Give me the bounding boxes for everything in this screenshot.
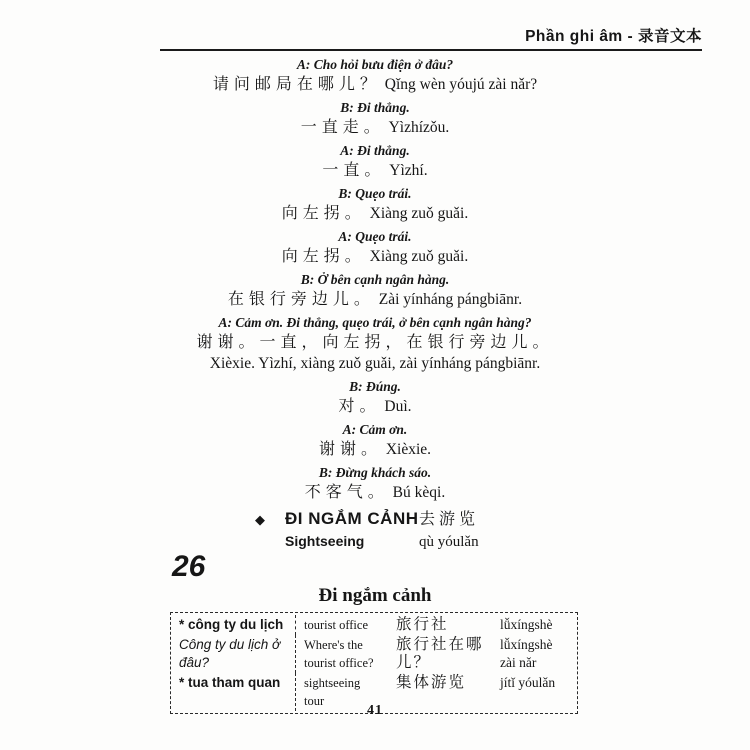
diamond-bullet-icon: ◆ bbox=[255, 512, 285, 528]
pinyin-text: Duì. bbox=[384, 398, 411, 415]
speaker-line: B: Đừng khách sáo. bbox=[60, 465, 690, 481]
pinyin-text: Xièxie. Yìzhí, xiàng zuǒ guǎi, zài yínhá… bbox=[210, 355, 540, 372]
vocab-vietnamese: Công ty du lịch ở đâu? bbox=[171, 635, 296, 673]
chinese-line: 不客气。 Bú kèqi. bbox=[60, 483, 690, 502]
chinese-line: 谢谢。一直，向左拐，在银行旁边儿。 bbox=[60, 333, 690, 352]
section-title-chinese: 去游览 bbox=[419, 506, 479, 529]
pinyin-text: Xiàng zuǒ guǎi. bbox=[370, 248, 469, 265]
chinese-line: 对。 Duì. bbox=[60, 397, 690, 416]
hanzi-text: 谢谢。 bbox=[319, 441, 382, 458]
dialogue-exchange: A: Đi thẳng. 一直。 Yìzhí. bbox=[60, 143, 690, 180]
vocab-pinyin: lǚxíngshè bbox=[492, 615, 577, 635]
dialogue-exchange: B: Đúng. 对。 Duì. bbox=[60, 379, 690, 416]
pinyin-text: Xiàng zuǒ guǎi. bbox=[370, 205, 469, 222]
hanzi-text: 向左拐。 bbox=[282, 248, 366, 265]
hanzi-text: 不客气。 bbox=[305, 484, 389, 501]
pinyin-text: Bú kèqi. bbox=[393, 484, 446, 501]
vocab-english: Where's the tourist office? bbox=[296, 635, 388, 673]
vocab-hanzi: 旅行社在哪儿？ bbox=[388, 635, 492, 673]
speaker-line: B: Đúng. bbox=[60, 379, 690, 395]
dialogue-exchange: B: Ở bên cạnh ngân hàng. 在银行旁边儿。 Zài yín… bbox=[60, 272, 690, 309]
header-title: Phần ghi âm - 录音文本 bbox=[525, 28, 702, 45]
pinyin-line: Xièxie. Yìzhí, xiàng zuǒ guǎi, zài yínhá… bbox=[60, 354, 690, 373]
vocab-hanzi: 旅行社 bbox=[388, 615, 492, 635]
section-subtitle-pinyin: qù yóulǎn bbox=[419, 534, 479, 551]
pinyin-text: Qǐng wèn yóujú zài nǎr? bbox=[385, 76, 537, 93]
dialogue-exchange: A: Quẹo trái. 向左拐。 Xiàng zuǒ guǎi. bbox=[60, 229, 690, 266]
chinese-line: 请问邮局在哪儿？ Qǐng wèn yóujú zài nǎr? bbox=[60, 75, 690, 94]
vocab-pinyin: lǚxíngshè zài nǎr bbox=[492, 635, 577, 673]
pinyin-text: Zài yínháng pángbiānr. bbox=[379, 291, 522, 308]
speaker-line: A: Cảm ơn. Đi thẳng, quẹo trái, ở bên cạ… bbox=[60, 315, 690, 331]
dialogue-exchange: A: Cảm ơn. 谢谢。 Xièxie. bbox=[60, 422, 690, 459]
page-number: 41 bbox=[0, 703, 750, 719]
speaker-line: A: Cảm ơn. bbox=[60, 422, 690, 438]
speaker-line: B: Ở bên cạnh ngân hàng. bbox=[60, 272, 690, 288]
lesson-title: Đi ngắm cảnh bbox=[0, 585, 750, 607]
section-title: ĐI NGẮM CẢNH bbox=[285, 509, 419, 529]
hanzi-text: 在银行旁边儿。 bbox=[228, 291, 375, 308]
chinese-line: 一直走。 Yìzhízǒu. bbox=[60, 118, 690, 137]
speaker-line: A: Đi thẳng. bbox=[60, 143, 690, 159]
vocab-vietnamese: * công ty du lịch bbox=[171, 615, 296, 635]
hanzi-text: 一直。 bbox=[322, 162, 385, 179]
section-subtitle-row: Sightseeing qù yóulǎn bbox=[255, 533, 479, 551]
hanzi-text: 向左拐。 bbox=[282, 205, 366, 222]
pinyin-text: Yìzhízǒu. bbox=[389, 119, 450, 136]
dialogue-exchange: A: Cảm ơn. Đi thẳng, quẹo trái, ở bên cạ… bbox=[60, 315, 690, 373]
dialogue-transcript: A: Cho hỏi bưu điện ở đâu? 请问邮局在哪儿？ Qǐng… bbox=[60, 57, 690, 508]
speaker-line: A: Quẹo trái. bbox=[60, 229, 690, 245]
lesson-number: 26 bbox=[172, 550, 205, 584]
section-heading-row: ◆ ĐI NGẮM CẢNH 去游览 bbox=[255, 506, 479, 529]
vocab-table: * công ty du lịch tourist office 旅行社 lǚx… bbox=[170, 612, 578, 714]
vocab-english: tourist office bbox=[296, 615, 388, 635]
chinese-line: 在银行旁边儿。 Zài yínháng pángbiānr. bbox=[60, 290, 690, 309]
hanzi-text: 对。 bbox=[338, 398, 380, 415]
pinyin-text: Yìzhí. bbox=[389, 162, 427, 179]
hanzi-text: 请问邮局在哪儿？ bbox=[213, 76, 381, 93]
chinese-line: 一直。 Yìzhí. bbox=[60, 161, 690, 180]
hanzi-text: 谢谢。一直，向左拐，在银行旁边儿。 bbox=[196, 334, 553, 351]
dialogue-exchange: B: Đừng khách sáo. 不客气。 Bú kèqi. bbox=[60, 465, 690, 502]
chinese-line: 谢谢。 Xièxie. bbox=[60, 440, 690, 459]
pinyin-text: Xièxie. bbox=[386, 441, 431, 458]
dialogue-exchange: B: Quẹo trái. 向左拐。 Xiàng zuǒ guǎi. bbox=[60, 186, 690, 223]
book-page: Phần ghi âm - 录音文本 A: Cho hỏi bưu điện ở… bbox=[0, 0, 750, 750]
section-heading: ◆ ĐI NGẮM CẢNH 去游览 Sightseeing qù yóulǎn bbox=[255, 506, 479, 551]
page-header: Phần ghi âm - 录音文本 bbox=[160, 24, 702, 51]
hanzi-text: 一直走。 bbox=[301, 119, 385, 136]
speaker-line: A: Cho hỏi bưu điện ở đâu? bbox=[60, 57, 690, 73]
section-subtitle: Sightseeing bbox=[285, 533, 419, 549]
dialogue-exchange: A: Cho hỏi bưu điện ở đâu? 请问邮局在哪儿？ Qǐng… bbox=[60, 57, 690, 94]
speaker-line: B: Quẹo trái. bbox=[60, 186, 690, 202]
dialogue-exchange: B: Đi thẳng. 一直走。 Yìzhízǒu. bbox=[60, 100, 690, 137]
speaker-line: B: Đi thẳng. bbox=[60, 100, 690, 116]
chinese-line: 向左拐。 Xiàng zuǒ guǎi. bbox=[60, 204, 690, 223]
chinese-line: 向左拐。 Xiàng zuǒ guǎi. bbox=[60, 247, 690, 266]
